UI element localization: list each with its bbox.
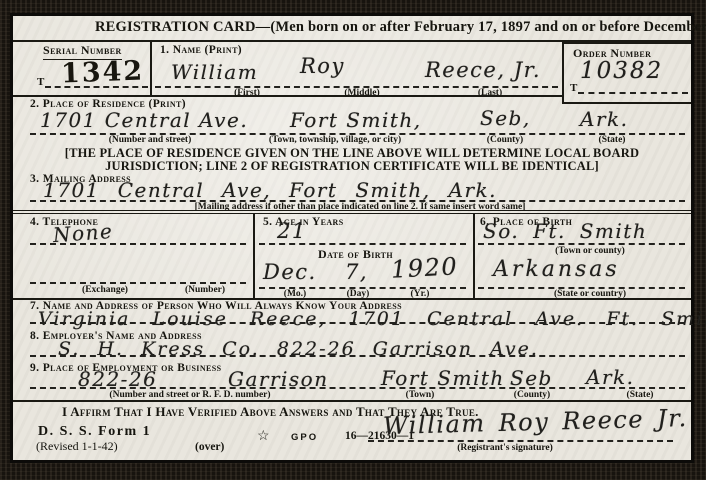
section-double-rule: [13, 210, 691, 214]
employer-dash-line: [30, 355, 685, 357]
exchange-number-dash-line: [30, 282, 246, 284]
telephone-age-divider: [253, 214, 255, 298]
employment-street-sublabel: (Number and street or R. F. D. number): [109, 390, 270, 400]
gpo-imprint: GPO: [291, 432, 318, 443]
order-number-value: 10382: [580, 58, 663, 84]
serial-number-value: 1342: [60, 56, 144, 90]
residence-county-sublabel: (County): [487, 135, 523, 145]
order-number-box: Order Number T 10382: [562, 42, 691, 104]
order-prefix: T: [570, 82, 577, 94]
residence-town-value: Fort Smith,: [290, 108, 422, 132]
form-revision: (Revised 1-1-42): [36, 439, 118, 454]
star-icon: ☆: [257, 428, 270, 445]
employment-dash-line: [30, 387, 685, 389]
employment-county-sublabel: (County): [514, 390, 550, 400]
name-last-sublabel: (Last): [478, 88, 502, 98]
birth-day-value: 7,: [345, 260, 368, 284]
residence-state-value: Ark.: [580, 107, 628, 131]
telephone-dash-line: [30, 243, 246, 245]
age-birthplace-divider: [473, 214, 475, 298]
birth-month-value: Dec.: [263, 260, 317, 284]
birthplace-town-sublabel: (Town or county): [555, 246, 625, 256]
birthplace-town-dash: [478, 243, 685, 245]
signature-dash-line: [368, 440, 673, 442]
order-dash-line: [578, 92, 688, 94]
residence-street-sublabel: (Number and street): [109, 135, 192, 145]
signature-sublabel: (Registrant's signature): [457, 443, 553, 453]
serial-prefix: T: [37, 76, 44, 88]
affirmation-top-rule: [13, 400, 691, 402]
registration-card: REGISTRATION CARD—(Men born on or after …: [10, 13, 694, 463]
exchange-sublabel: (Exchange): [82, 285, 128, 295]
contact-dash-line: [30, 322, 685, 324]
birth-year-value: 1920: [390, 252, 458, 283]
name-first-value: William: [171, 60, 258, 84]
name-first-sublabel: (First): [234, 88, 260, 98]
contact-value: Virginia Louise Reece, 1701 Central Ave.…: [38, 308, 706, 330]
birthplace-town-value: So. Ft. Smith: [483, 219, 647, 243]
form-number: D. S. S. Form 1: [38, 424, 151, 440]
name-label: 1. Name (Print): [160, 44, 242, 56]
card-title: REGISTRATION CARD—(Men born on or after …: [95, 19, 706, 36]
scanned-registration-card-page: { "header": { "title": "REGISTRATION CAR…: [0, 0, 706, 480]
name-middle-sublabel: (Middle): [344, 88, 379, 98]
residence-street-value: 1701 Central Ave.: [40, 108, 248, 132]
mailing-value: 1701 Central Ave, Fort Smith, Ark.: [43, 178, 497, 202]
residence-state-sublabel: (State): [599, 135, 626, 145]
birthplace-state-value: Arkansas: [493, 257, 620, 282]
employment-state-sublabel: (State): [627, 390, 654, 400]
serial-name-divider: [150, 40, 152, 95]
number-sublabel: (Number): [185, 285, 225, 295]
employment-town-sublabel: (Town): [406, 390, 435, 400]
residence-town-sublabel: (Town, township, village, or city): [269, 135, 401, 145]
age-dash-line: [259, 243, 466, 245]
name-middle-value: Roy: [300, 54, 345, 78]
age-value: 21: [277, 219, 307, 243]
over-note: (over): [195, 441, 224, 453]
name-last-value: Reece, Jr.: [425, 58, 541, 82]
jurisdiction-notice-line2: JURISDICTION; LINE 2 OF REGISTRATION CER…: [13, 159, 691, 174]
employment-state-value: Ark.: [586, 365, 634, 389]
residence-county-value: Seb,: [480, 106, 531, 130]
